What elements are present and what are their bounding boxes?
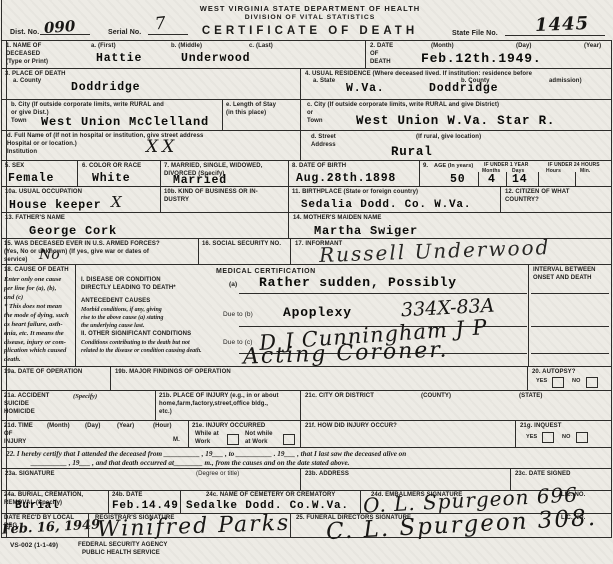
street-label: d. Street Address bbox=[311, 134, 336, 150]
autopsy-no-checkbox bbox=[586, 377, 598, 388]
field-length-of-stay: e. Length of Stay (in this place) bbox=[222, 99, 300, 130]
street-hint: (If rural, give location) bbox=[416, 134, 481, 142]
field-burial-type: 24a. BURIAL, CREMATION, REMOVAL (Specify… bbox=[1, 490, 108, 513]
injury-e-not-label: Not while at Work bbox=[245, 431, 279, 447]
interval-label: INTERVAL BETWEEN ONSET AND DEATH bbox=[533, 267, 611, 283]
operation-findings-label: 19b. MAJOR FINDINGS OF OPERATION bbox=[115, 369, 231, 377]
agency-line2: PUBLIC HEALTH SERVICE bbox=[82, 550, 160, 558]
autopsy-no-label: NO bbox=[572, 378, 580, 385]
dist-no-line bbox=[40, 34, 90, 35]
residence-city-value: West Union W.Va. Star R. bbox=[356, 114, 555, 128]
field-business: 10b. KIND OF BUSINESS OR IN- DUSTRY bbox=[160, 186, 288, 212]
date-of-death-label: 2. DATE OF DEATH bbox=[370, 43, 400, 66]
injury-not-while-checkbox bbox=[283, 434, 295, 445]
injury-d-month: (Month) bbox=[47, 423, 70, 431]
field-armed-forces: 15. WAS DECEASED EVER IN U.S. ARMED FORC… bbox=[1, 238, 198, 264]
name-label: 1. NAME OF DECEASED (Type or Print) bbox=[6, 43, 76, 66]
injury-g-label: 21g. INQUEST bbox=[520, 423, 562, 431]
father-label: 13. FATHER'S NAME bbox=[5, 215, 65, 223]
field-race: 6. COLOR OR RACE White bbox=[77, 160, 160, 186]
cause-label: 18. CAUSE OF DEATH bbox=[4, 267, 69, 275]
injury-f-label: 21f. HOW DID INJURY OCCUR? bbox=[305, 423, 397, 431]
name-last-label: c. (Last) bbox=[249, 43, 273, 51]
race-label: 6. COLOR OR RACE bbox=[82, 163, 141, 171]
age-years-value: 50 bbox=[450, 173, 465, 186]
section-medical-certification: 18. CAUSE OF DEATH Enter only one cause … bbox=[1, 264, 612, 366]
agency-line1: FEDERAL SECURITY AGENCY bbox=[78, 542, 168, 550]
line-b-value: Apoplexy bbox=[283, 305, 352, 320]
burial-b-value: Feb.14.49 bbox=[112, 500, 179, 512]
age-years-label: AGE (In years) bbox=[434, 163, 473, 170]
age-divider-2 bbox=[506, 172, 507, 187]
field-registrar-signature: REGISTRAR'S SIGNATURE Winifred Parks bbox=[88, 513, 290, 538]
business-label: 10b. KIND OF BUSINESS OR IN- DUSTRY bbox=[164, 189, 286, 205]
residence-state-label: a. State bbox=[313, 78, 335, 86]
birth-value: Aug.28th.1898 bbox=[296, 172, 396, 185]
registrar-signature: Winifred Parks bbox=[97, 511, 291, 543]
injury-d-year: (Year) bbox=[117, 423, 134, 431]
field-certify-statement: 22. I hereby certify that I attended the… bbox=[1, 447, 612, 468]
field-citizen: 12. CITIZEN OF WHAT COUNTRY? bbox=[500, 186, 612, 212]
field-signature-23a: 23a. SIGNATURE (Degree or title) bbox=[1, 468, 300, 490]
field-inquest: 21g. INQUEST YES NO bbox=[515, 420, 612, 447]
injury-while-checkbox bbox=[227, 434, 239, 445]
state-file-value: 1445 bbox=[535, 13, 590, 36]
name-first-value: Hattie bbox=[96, 52, 142, 65]
department-title: WEST VIRGINIA STATE DEPARTMENT OF HEALTH bbox=[150, 4, 470, 14]
autopsy-yes-label: YES bbox=[536, 378, 547, 385]
occupation-mark: X bbox=[111, 193, 122, 211]
state-file-line bbox=[505, 35, 605, 36]
state-file-label: State File No. bbox=[452, 29, 498, 38]
pod-county-label: a. County bbox=[13, 78, 41, 86]
age-divider-3 bbox=[538, 172, 539, 187]
armed-forces-value: No bbox=[39, 247, 60, 263]
field-place-of-injury: 21b. PLACE OF INJURY (e.g., in or about … bbox=[155, 390, 300, 420]
field-informant: 17. INFORMANT Russell Underwood bbox=[290, 238, 612, 264]
inquest-no-label: NO bbox=[562, 434, 570, 441]
field-marital-status: 7. MARRIED, SINGLE, WIDOWED, DIVORCED (S… bbox=[160, 160, 288, 186]
age-min-label: Min. bbox=[580, 168, 590, 175]
part2-label: II. OTHER SIGNIFICANT CONDITIONS bbox=[81, 331, 191, 339]
street-value: Rural bbox=[391, 145, 433, 159]
burial-c-value: Sedalke Dodd. Co.W.Va. bbox=[186, 500, 349, 512]
field-cemetery: 24c. NAME OF CEMETERY OR CREMATORY Sedal… bbox=[180, 490, 360, 513]
length-of-stay-label: e. Length of Stay (in this place) bbox=[226, 102, 298, 118]
field-street-address: d. Street Address (If rural, give locati… bbox=[300, 130, 612, 160]
race-value: White bbox=[92, 172, 131, 185]
residence-state-value: W.Va. bbox=[346, 82, 385, 95]
field-occupation: 10a. USUAL OCCUPATION House keeper X bbox=[1, 186, 160, 212]
antecedent-note: Morbid conditions, if any, giving rise t… bbox=[81, 306, 221, 330]
injury-a-hint: (Specify) bbox=[73, 393, 97, 402]
residence-admission-label: admission) bbox=[549, 78, 582, 86]
age-divider-1 bbox=[478, 172, 479, 187]
age-divider-4 bbox=[575, 172, 576, 187]
injury-state-label: (STATE) bbox=[519, 393, 542, 401]
burial-a-value: Burial bbox=[15, 500, 59, 512]
injury-d-day: (Day) bbox=[85, 423, 101, 431]
injury-county-label: (COUNTY) bbox=[421, 393, 451, 401]
birthplace-value: Sedalia Dodd. Co. W.Va. bbox=[301, 199, 471, 211]
field-place-of-death-county: 3. PLACE OF DEATH a. County Doddridge bbox=[1, 68, 300, 99]
dod-month-label: (Month) bbox=[431, 43, 454, 51]
dist-no-label: Dist. No. bbox=[10, 28, 39, 37]
age-number: 9. bbox=[423, 163, 428, 171]
field-birthplace: 11. BIRTHPLACE (State or foreign country… bbox=[288, 186, 500, 212]
injury-a-label: 21a. ACCIDENT SUICIDE HOMICIDE bbox=[4, 393, 64, 416]
sex-value: Female bbox=[8, 172, 54, 185]
field-name-of-deceased: 1. NAME OF DECEASED (Type or Print) a. (… bbox=[1, 40, 365, 68]
pod-county-value: Doddridge bbox=[71, 81, 140, 94]
field-date-of-operation: 19a. DATE OF OPERATION bbox=[1, 366, 110, 390]
inquest-yes-label: YES bbox=[526, 434, 537, 441]
interval-rule-1 bbox=[531, 293, 609, 294]
line-a-rule bbox=[239, 293, 527, 294]
pod-city-value: West Union McClelland bbox=[41, 115, 209, 129]
occupation-label: 10a. USUAL OCCUPATION bbox=[5, 189, 82, 197]
field-pod-city: b. City (If outside corporate limits, wr… bbox=[1, 99, 222, 130]
sig23c-label: 23c. DATE SIGNED bbox=[515, 471, 571, 479]
mother-value: Martha Swiger bbox=[314, 224, 418, 238]
cause-col-divider bbox=[75, 265, 76, 367]
burial-b-label: 24b. DATE bbox=[112, 492, 142, 500]
father-value: George Cork bbox=[29, 224, 117, 238]
field-accident-suicide-homicide: 21a. ACCIDENT SUICIDE HOMICIDE (Specify) bbox=[1, 390, 155, 420]
injury-d-m: M. bbox=[173, 437, 180, 445]
injury-d-hour: (Hour) bbox=[153, 423, 172, 431]
line-a-label: (a) bbox=[229, 281, 237, 289]
cause-note1: Enter only one cause per line for (a), (… bbox=[4, 276, 74, 303]
sig23-degree-label: (Degree or title) bbox=[196, 471, 239, 479]
field-age: 9. AGE (In years) IF UNDER 1 YEAR Months… bbox=[419, 160, 612, 186]
line-a-value: Rather sudden, Possibly bbox=[259, 275, 457, 290]
field-usual-residence: 4. USUAL RESIDENCE (Where deceased lived… bbox=[300, 68, 612, 99]
injury-b-label: 21b. PLACE OF INJURY (e.g., in or about … bbox=[159, 393, 297, 416]
autopsy-label: 20. AUTOPSY? bbox=[532, 369, 576, 377]
field-father-name: 13. FATHER'S NAME George Cork bbox=[1, 212, 288, 238]
residence-county-value: Doddridge bbox=[429, 82, 498, 95]
field-burial-date: 24b. DATE Feb.14.49 bbox=[108, 490, 180, 513]
inquest-no-checkbox bbox=[576, 432, 588, 443]
citizen-label: 12. CITIZEN OF WHAT COUNTRY? bbox=[505, 189, 605, 205]
name-first-label: a. (First) bbox=[91, 43, 116, 51]
cause-note2: * This does not mean the mode of dying, … bbox=[4, 303, 74, 365]
inquest-yes-checkbox bbox=[542, 432, 554, 443]
interval-rule-3 bbox=[531, 353, 609, 354]
field-funeral-director-signature: 25. FUNERAL DIRECTORS SIGNATURE LIC. NO.… bbox=[290, 513, 612, 538]
part2-note: Conditions contributing to the death but… bbox=[81, 339, 236, 355]
field-date-of-death: 2. DATE OF DEATH (Month) (Day) (Year) Fe… bbox=[365, 40, 612, 68]
injury-e-while-label: While at Work bbox=[195, 431, 227, 447]
antecedent-label: ANTECEDENT CAUSES bbox=[81, 298, 150, 306]
serial-no-label: Serial No. bbox=[108, 28, 141, 37]
autopsy-yes-checkbox bbox=[552, 377, 564, 388]
armed-forces-label: 15. WAS DECEASED EVER IN U.S. ARMED FORC… bbox=[4, 241, 194, 264]
hospital-value: XX bbox=[146, 137, 178, 157]
field-operation-findings: 19b. MAJOR FINDINGS OF OPERATION bbox=[110, 366, 527, 390]
part1-label: I. DISEASE OR CONDITION DIRECTLY LEADING… bbox=[81, 277, 221, 293]
injury-e-label: 21e. INJURY OCCURRED bbox=[192, 423, 265, 431]
field-autopsy: 20. AUTOPSY? YES NO bbox=[527, 366, 612, 390]
name-middle-label: b. (Middle) bbox=[171, 43, 202, 51]
burial-c-label: 24c. NAME OF CEMETERY OR CREMATORY bbox=[206, 492, 335, 500]
field-ssn: 16. SOCIAL SECURITY NO. bbox=[198, 238, 290, 264]
birthplace-label: 11. BIRTHPLACE (State or foreign country… bbox=[292, 189, 418, 197]
birth-label: 8. DATE OF BIRTH bbox=[292, 163, 346, 171]
line-b-label: Due to (b) bbox=[223, 311, 253, 319]
form-number: VS-002 (1-1-49) bbox=[10, 542, 58, 550]
injury-d-label: 21d. TIME OF INJURY bbox=[4, 423, 40, 446]
dod-day-label: (Day) bbox=[516, 43, 532, 51]
age-months-value: 4 bbox=[488, 173, 496, 186]
operation-date-label: 19a. DATE OF OPERATION bbox=[4, 369, 104, 377]
field-injury-occurred: 21e. INJURY OCCURRED While at Work Not w… bbox=[188, 420, 300, 447]
age-hours-label: Hours bbox=[546, 168, 561, 175]
ssn-label: 16. SOCIAL SECURITY NO. bbox=[202, 241, 288, 249]
age-days-value: 14 bbox=[512, 173, 527, 186]
field-how-injury-occurred: 21f. HOW DID INJURY OCCUR? bbox=[300, 420, 515, 447]
field-sex: 5. SEX Female bbox=[1, 160, 77, 186]
field-date-received: DATE REC'D BY LOCAL REG. Feb. 16, 1949 bbox=[1, 513, 88, 538]
field-residence-city: c. City (If outside corporate limits, wr… bbox=[300, 99, 612, 130]
injury-c-label: 21c. CITY OR DISTRICT bbox=[305, 393, 374, 401]
name-last-value: Underwood bbox=[181, 52, 250, 65]
field-injury-city: 21c. CITY OR DISTRICT (COUNTY) (STATE) bbox=[300, 390, 612, 420]
dod-value: Feb.12th.1949. bbox=[421, 51, 541, 66]
informant-signature: Russell Underwood bbox=[319, 235, 551, 267]
dod-year-label: (Year) bbox=[584, 43, 601, 51]
field-date-of-birth: 8. DATE OF BIRTH Aug.28th.1898 bbox=[288, 160, 419, 186]
serial-no-value: 7 bbox=[154, 13, 167, 34]
death-certificate-document: WEST VIRGINIA STATE DEPARTMENT OF HEALTH… bbox=[0, 0, 613, 564]
sig23b-label: 23b. ADDRESS bbox=[305, 471, 349, 479]
field-hospital: d. Full Name of (If not in hospital or i… bbox=[1, 130, 300, 160]
interval-rule-2 bbox=[531, 326, 609, 327]
field-time-of-injury: 21d. TIME OF INJURY (Month) (Day) (Year)… bbox=[1, 420, 188, 447]
serial-no-line bbox=[148, 34, 188, 35]
interval-col-divider bbox=[528, 265, 529, 367]
sex-label: 5. SEX bbox=[5, 163, 24, 171]
sig23a-label: 23a. SIGNATURE bbox=[5, 471, 55, 479]
field-mother-name: 14. MOTHER'S MAIDEN NAME Martha Swiger bbox=[288, 212, 612, 238]
certificate-title: CERTIFICATE OF DEATH bbox=[150, 24, 470, 39]
division-title: DIVISION OF VITAL STATISTICS bbox=[150, 14, 470, 23]
occupation-value: House keeper bbox=[9, 199, 101, 212]
mother-label: 14. MOTHER'S MAIDEN NAME bbox=[293, 215, 382, 223]
